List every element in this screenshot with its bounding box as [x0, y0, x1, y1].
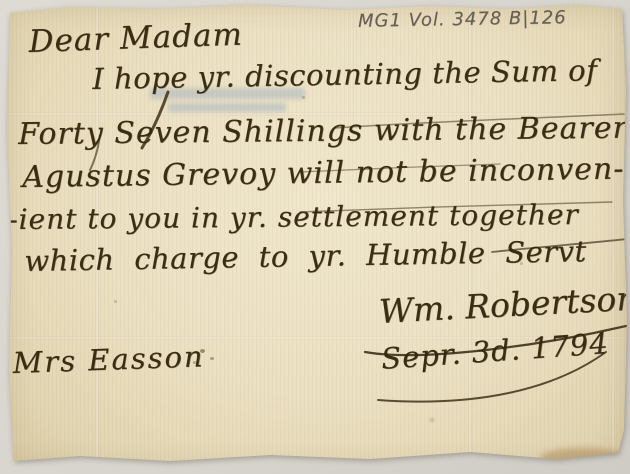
descender-stroke — [90, 135, 100, 170]
archival-reference-mark: MG1 Vol. 3478 B|126 — [358, 7, 567, 32]
vertical-fold-crease — [350, 0, 354, 130]
foxing-speck — [430, 418, 434, 422]
horizontal-fold-crease — [0, 112, 630, 116]
date-flourish — [378, 352, 606, 402]
ink-speck — [200, 349, 205, 353]
edge-stain — [540, 448, 630, 468]
paper-shadow-wrap: MG1 Vol. 3478 B|126 Dear Madam I hope yr… — [0, 0, 630, 474]
foxing-speck — [520, 262, 523, 265]
letter-line: Agustus Grevoy will not be inconven- — [22, 152, 625, 195]
letter-line: which charge to yr. Humble Servt — [24, 234, 587, 278]
letter-line: I hope yr. discounting the Sum of — [92, 53, 598, 96]
signature-flourish — [365, 326, 626, 355]
foxing-speck — [114, 300, 117, 303]
t-cross-stroke — [492, 239, 627, 252]
letter-line: Forty Seven Shillings with the Bearer — [18, 111, 628, 152]
vertical-fold-crease — [95, 0, 99, 474]
paper-edge-crease — [611, 0, 615, 474]
vertical-fold-crease — [468, 0, 472, 474]
addressee: Mrs Easson — [12, 339, 205, 380]
faint-blue-stamp — [150, 88, 305, 99]
t-cross-stroke — [300, 164, 500, 172]
ink-speck — [193, 361, 196, 364]
horizontal-fold-crease — [0, 336, 630, 340]
faint-blue-stamp — [168, 103, 286, 112]
salutation: Dear Madam — [28, 17, 243, 60]
signature: Wm. Robertson — [378, 278, 630, 330]
scanned-letter-page: MG1 Vol. 3478 B|126 Dear Madam I hope yr… — [0, 0, 630, 474]
ink-speck — [210, 357, 214, 360]
date-line: Sepr. 3d. 1794 — [380, 326, 610, 376]
letter-line: -ient to you in yr. settlement together — [8, 198, 579, 236]
descender-stroke — [142, 92, 168, 148]
t-cross-stroke — [300, 202, 612, 212]
pen-flourishes — [0, 0, 630, 474]
t-cross-stroke — [335, 114, 624, 128]
letter-paper: MG1 Vol. 3478 B|126 Dear Madam I hope yr… — [0, 0, 630, 474]
foxing-speck — [302, 96, 305, 99]
